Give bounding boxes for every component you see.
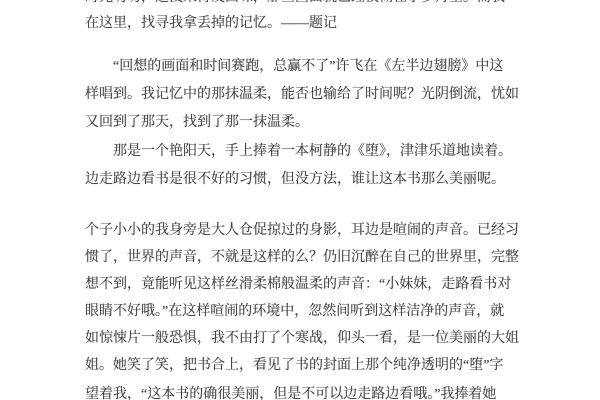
text-line-clipped-top: 时光匆匆，还没来得及回味，那些画面就已经模糊在了岁月里。而我 bbox=[85, 0, 555, 7]
text-line: 姐。她笑了笑，把书合上，看见了书的封面上那个纯净透明的“堕”字 bbox=[85, 357, 555, 375]
text-line-clipped-bottom: 望着我，“这本书的确很美丽，但是不可以边走路边看哦。”我捧着她 bbox=[85, 386, 555, 400]
text-line: 边走路边看书是很不好的习惯，但没方法，谁让这本书那么美丽呢。 bbox=[85, 171, 555, 189]
text-line: 那是一个艳阳天，手上捧着一本柯静的《堕》，津津乐道地读着。 bbox=[113, 143, 583, 161]
text-line: 样唱到。我记忆中的那抹温柔，能否也输给了时间呢？光阴倒流，忧如 bbox=[85, 86, 555, 104]
text-line: “回想的画面和时间赛跑，总赢不了”许飞在《左半边翅膀》中这 bbox=[113, 58, 583, 76]
text-line: 惯了，世界的声音，不就是这样的么？仍旧沉醉在自己的世界里，完整 bbox=[85, 249, 555, 267]
text-line: 又回到了那天，找到了那一抹温柔。 bbox=[85, 114, 555, 132]
text-line: 眼睛不好哦。”在这样喧闹的环境中，忽然间听到这样洁净的声音，就 bbox=[85, 303, 555, 321]
text-line: 想不到，竟能听见这样丝滑柔棉般温柔的声音：“小妹妹，走路看书对 bbox=[85, 276, 555, 294]
epigraph-line: 在这里，找寻我拿丢掉的记忆。——题记 bbox=[85, 15, 555, 33]
text-line: 如惊悚片一般恐惧，我不由打了个寒战，仰头一看，是一位美丽的大姐 bbox=[85, 330, 555, 348]
document-page: 时光匆匆，还没来得及回味，那些画面就已经模糊在了岁月里。而我 在这里，找寻我拿丢… bbox=[0, 0, 600, 400]
text-line: 个子小小的我身旁是大人仓促掠过的身影，耳边是喧闹的声音。已经习 bbox=[85, 222, 555, 240]
